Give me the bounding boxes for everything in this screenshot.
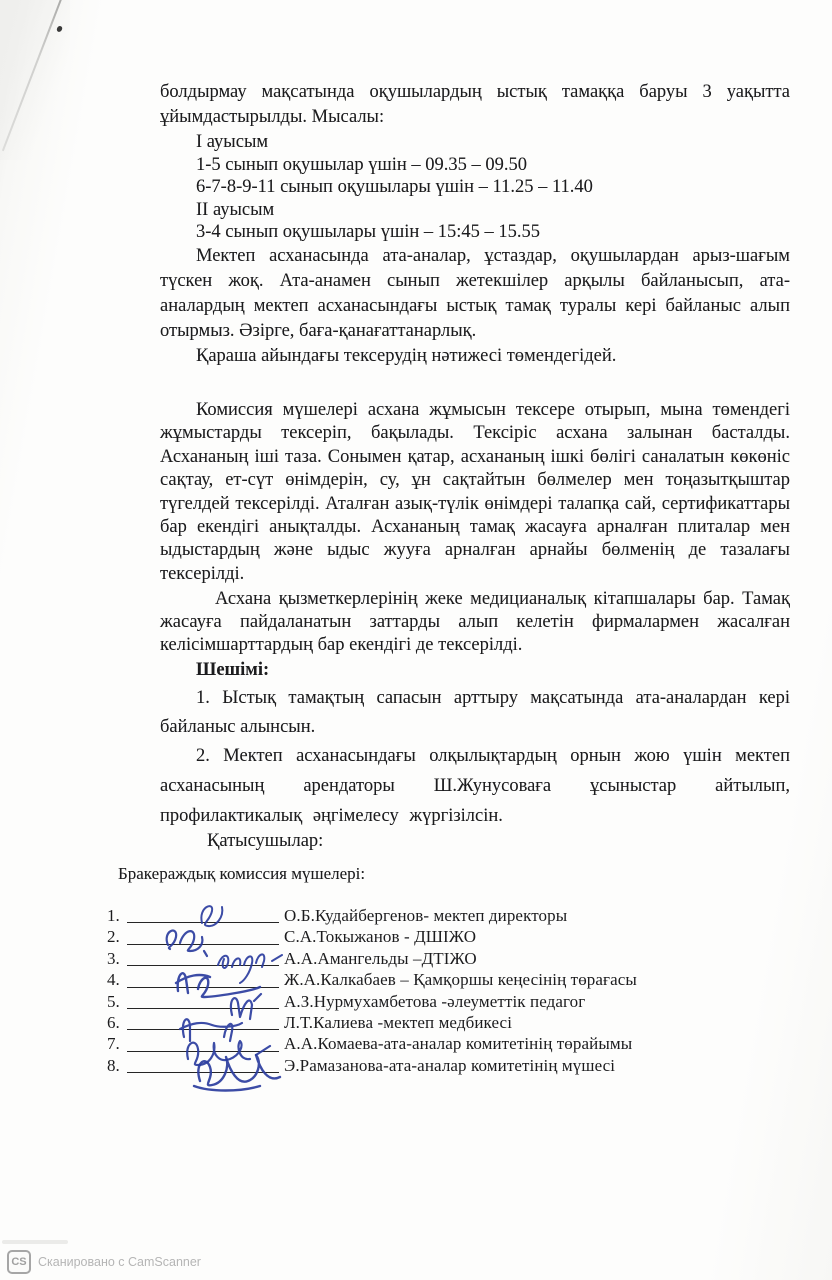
paper-fold-dot: [56, 25, 63, 32]
scanned-page: болдырмау мақсатында оқушылардың ыстық т…: [0, 0, 832, 1280]
signature-scribble: [180, 1019, 242, 1041]
signature-number: 8.: [107, 1056, 127, 1076]
participants-label: Қатысушылар:: [160, 829, 790, 854]
signature-number: 3.: [107, 949, 127, 969]
paragraph-feedback: Мектеп асханасында ата-аналар, ұстаздар,…: [160, 244, 790, 344]
schedule-line-grades-1-5: 1-5 сынып оқушылар үшін – 09.35 – 09.50: [196, 154, 593, 177]
camscanner-watermark: CS Сканировано с CamScanner: [7, 1250, 201, 1274]
schedule-line-shift1: І ауысым: [196, 131, 593, 154]
paragraph-intro: болдырмау мақсатында оқушылардың ыстық т…: [160, 80, 790, 130]
paragraph-commission-check: Комиссия мүшелері асхана жұмысын тексере…: [160, 399, 790, 586]
signature-number: 5.: [107, 992, 127, 1012]
signature-scribble: [194, 1055, 280, 1091]
decision-item-2: 2. Мектеп асханасындағы олқылықтардың ор…: [160, 741, 790, 831]
decision-heading: Шешімі:: [160, 658, 790, 683]
paragraph-november-result: Қараша айындағы тексерудің нәтижесі төме…: [160, 344, 790, 369]
signature-scribble: [231, 994, 261, 1019]
schedule-line-grades-3-4: 3-4 сынып оқушылары үшін – 15:45 – 15.55: [196, 221, 593, 244]
signature-number: 2.: [107, 927, 127, 947]
signature-scribble: [218, 954, 282, 983]
signatures-overlay: [140, 895, 360, 1095]
paragraph-medical-books: Асхана қызметкерлерінің жеке медицианалы…: [160, 588, 790, 656]
signature-scribble: [201, 906, 222, 926]
watermark-text: Сканировано с CamScanner: [38, 1255, 201, 1269]
camscanner-icon: CS: [7, 1250, 31, 1274]
decision-item-1: 1. Ыстық тамақтың сапасын арттыру мақсат…: [160, 684, 790, 742]
signature-number: 7.: [107, 1034, 127, 1054]
paper-fold-shade: [0, 0, 70, 160]
paper-fold-line: [2, 0, 64, 151]
signature-number: 1.: [107, 906, 127, 926]
schedule-line-grades-6-11: 6-7-8-9-11 сынып оқушылары үшін – 11.25 …: [196, 176, 593, 199]
signature-number: 4.: [107, 970, 127, 990]
signature-scribble: [167, 931, 207, 956]
commission-members-label: Бракераждық комиссия мүшелері:: [118, 864, 365, 884]
schedule-line-shift2: ІІ ауысым: [196, 199, 593, 222]
signature-number: 6.: [107, 1013, 127, 1033]
meal-schedule: І ауысым 1-5 сынып оқушылар үшін – 09.35…: [196, 131, 593, 244]
scan-smudge: [2, 1240, 68, 1244]
